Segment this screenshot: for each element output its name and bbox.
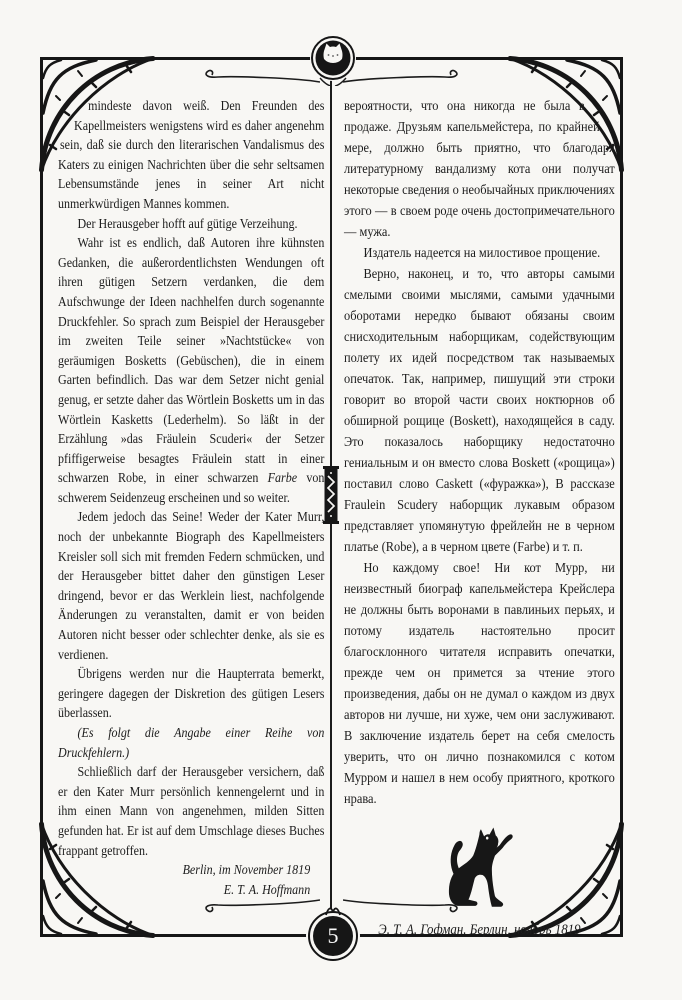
german-column: mindeste davon weiß. Den Freunden des Ka…	[58, 96, 324, 899]
paragraph: Wahr ist es endlich, daß Autoren ihre kü…	[58, 233, 324, 507]
curl-line-bottom-left-icon	[202, 897, 320, 913]
paragraph: Издатель надеется на милостивое прощение…	[344, 243, 615, 264]
paragraph: Верно, наконец, и то, что авторы самыми …	[344, 264, 615, 558]
header-cat-medallion	[309, 34, 357, 82]
page-number-medallion: 5	[305, 908, 361, 964]
paragraph: (Es folgt die Angabe einer Reihe von Dru…	[58, 723, 324, 762]
divider-chevron-ornament-icon	[323, 466, 339, 524]
curl-line-top-left-icon	[202, 69, 320, 85]
paragraph: вероятности, что она никогда не была в п…	[344, 96, 615, 243]
paragraph: Jedem jedoch das Seine! Weder der Kater …	[58, 507, 324, 664]
paragraph: E. T. A. Hoffmann	[58, 880, 324, 900]
paragraph: Berlin, im November 1819	[58, 860, 324, 880]
curl-line-top-right-icon	[343, 69, 461, 85]
medallion-disc: 5	[313, 916, 353, 956]
black-cat-silhouette-illustration	[437, 824, 522, 912]
attribution-line: Э. Т. А. Гофман. Берлин, ноябрь 1819	[344, 920, 615, 941]
book-page: mindeste davon weiß. Den Freunden des Ka…	[0, 0, 682, 1000]
paragraph: Schließlich darf der Herausgeber versich…	[58, 762, 324, 860]
paragraph: mindeste davon weiß. Den Freunden des Ka…	[58, 96, 324, 214]
paragraph: Übrigens werden nur die Haupterrata beme…	[58, 664, 324, 723]
russian-column: вероятности, что она никогда не была в п…	[344, 96, 615, 941]
paragraph: Но каждому свое! Ни кот Мурр, ни неизвес…	[344, 558, 615, 810]
page-number: 5	[328, 925, 339, 947]
russian-text: вероятности, что она никогда не была в п…	[344, 96, 615, 810]
paragraph: Der Herausgeber hofft auf gütige Verzeih…	[58, 214, 324, 234]
